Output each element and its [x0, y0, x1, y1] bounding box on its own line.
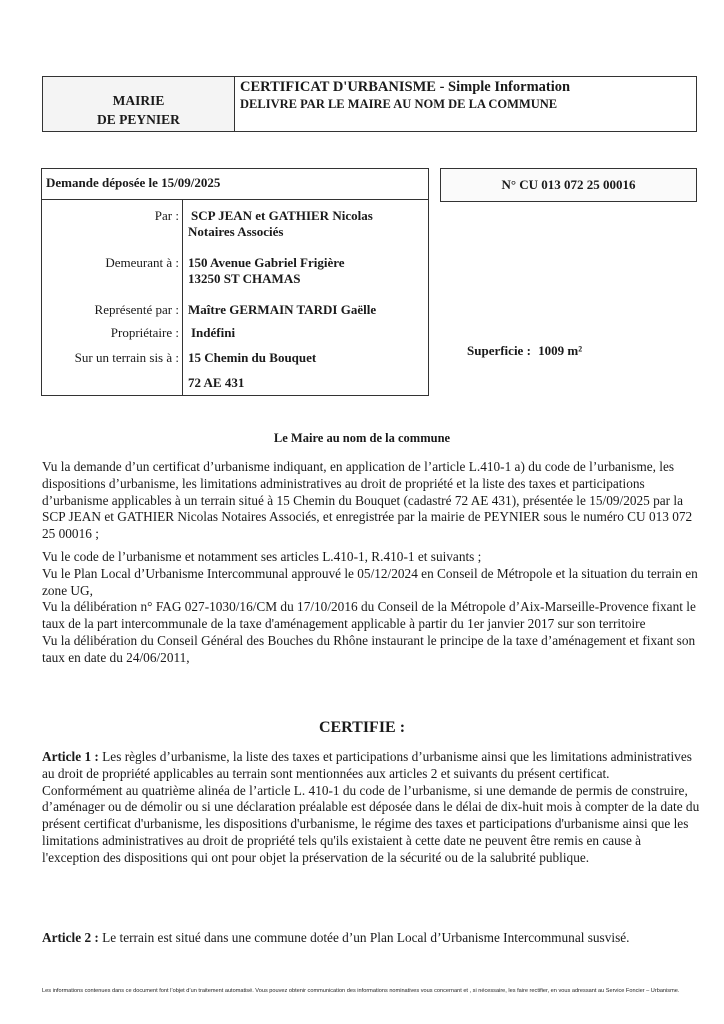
field-value: Indéfini	[191, 325, 235, 341]
field-value: Maître GERMAIN TARDI Gaëlle	[188, 302, 376, 318]
mairie-cell: MAIRIE DE PEYNIER	[43, 77, 235, 131]
field-value: 150 Avenue Gabriel Frigière	[188, 255, 345, 271]
mairie-line2: DE PEYNIER	[97, 110, 180, 129]
field-value-line2: 13250 ST CHAMAS	[188, 271, 300, 287]
field-label: Demeurant à :	[105, 255, 179, 271]
field-label: Représenté par :	[95, 302, 179, 318]
article-1-label: Article 1 :	[42, 749, 99, 764]
cu-number-box: N° CU 013 072 25 00016	[440, 168, 697, 202]
superficie-label: Superficie :	[467, 343, 531, 358]
vu-plui: Vu le Plan Local d’Urbanisme Intercommun…	[42, 566, 702, 600]
certifie-title: CERTIFIE :	[0, 719, 724, 737]
vu-deliberation-cg: Vu la délibération du Conseil Général de…	[42, 633, 702, 667]
field-label: Propriétaire :	[111, 325, 179, 341]
footer-notice: Les informations contenues dans ce docum…	[42, 988, 702, 996]
demande-heading: Demande déposée le 15/09/2025	[42, 169, 428, 200]
article-1-conformement: Conformément au quatrième alinéa de l’ar…	[42, 783, 702, 867]
article-1-text: Les règles d’urbanisme, la liste des tax…	[42, 749, 692, 781]
field-label: Sur un terrain sis à :	[75, 350, 179, 366]
document-title: CERTIFICAT D'URBANISME - Simple Informat…	[240, 79, 570, 96]
document-subtitle: DELIVRE PAR LE MAIRE AU NOM DE LA COMMUN…	[240, 96, 570, 112]
article-2: Article 2 : Le terrain est situé dans un…	[42, 930, 702, 947]
field-value-line2: 72 AE 431	[188, 375, 244, 391]
field-value: SCP JEAN et GATHIER Nicolas	[191, 208, 373, 224]
visas-block: Vu le code de l’urbanisme et notamment s…	[42, 549, 702, 667]
title-cell: CERTIFICAT D'URBANISME - Simple Informat…	[235, 77, 570, 131]
maire-title: Le Maire au nom de la commune	[0, 431, 724, 446]
document-header: MAIRIE DE PEYNIER CERTIFICAT D'URBANISME…	[42, 76, 697, 132]
article-2-text: Le terrain est situé dans une commune do…	[99, 930, 630, 945]
superficie: Superficie : 1009 m²	[467, 343, 582, 359]
field-value: 15 Chemin du Bouquet	[188, 350, 316, 366]
vu-code: Vu le code de l’urbanisme et notamment s…	[42, 549, 702, 566]
demande-box: Demande déposée le 15/09/2025 Par : SCP …	[41, 168, 429, 396]
field-label: Par :	[155, 208, 179, 224]
mairie-line1: MAIRIE	[113, 91, 165, 110]
vu-deliberation-metropole: Vu la délibération n° FAG 027-1030/16/CM…	[42, 599, 702, 633]
article-1: Article 1 : Les règles d’urbanisme, la l…	[42, 749, 702, 867]
article-1-body: Article 1 : Les règles d’urbanisme, la l…	[42, 749, 702, 783]
article-2-label: Article 2 :	[42, 930, 99, 945]
column-divider	[182, 200, 183, 395]
field-value-line2: Notaires Associés	[188, 224, 283, 240]
vu-demande: Vu la demande d’un certificat d’urbanism…	[42, 459, 702, 543]
superficie-value: 1009 m²	[538, 343, 582, 358]
demande-fields: Par : SCP JEAN et GATHIER Nicolas Notair…	[42, 200, 428, 395]
